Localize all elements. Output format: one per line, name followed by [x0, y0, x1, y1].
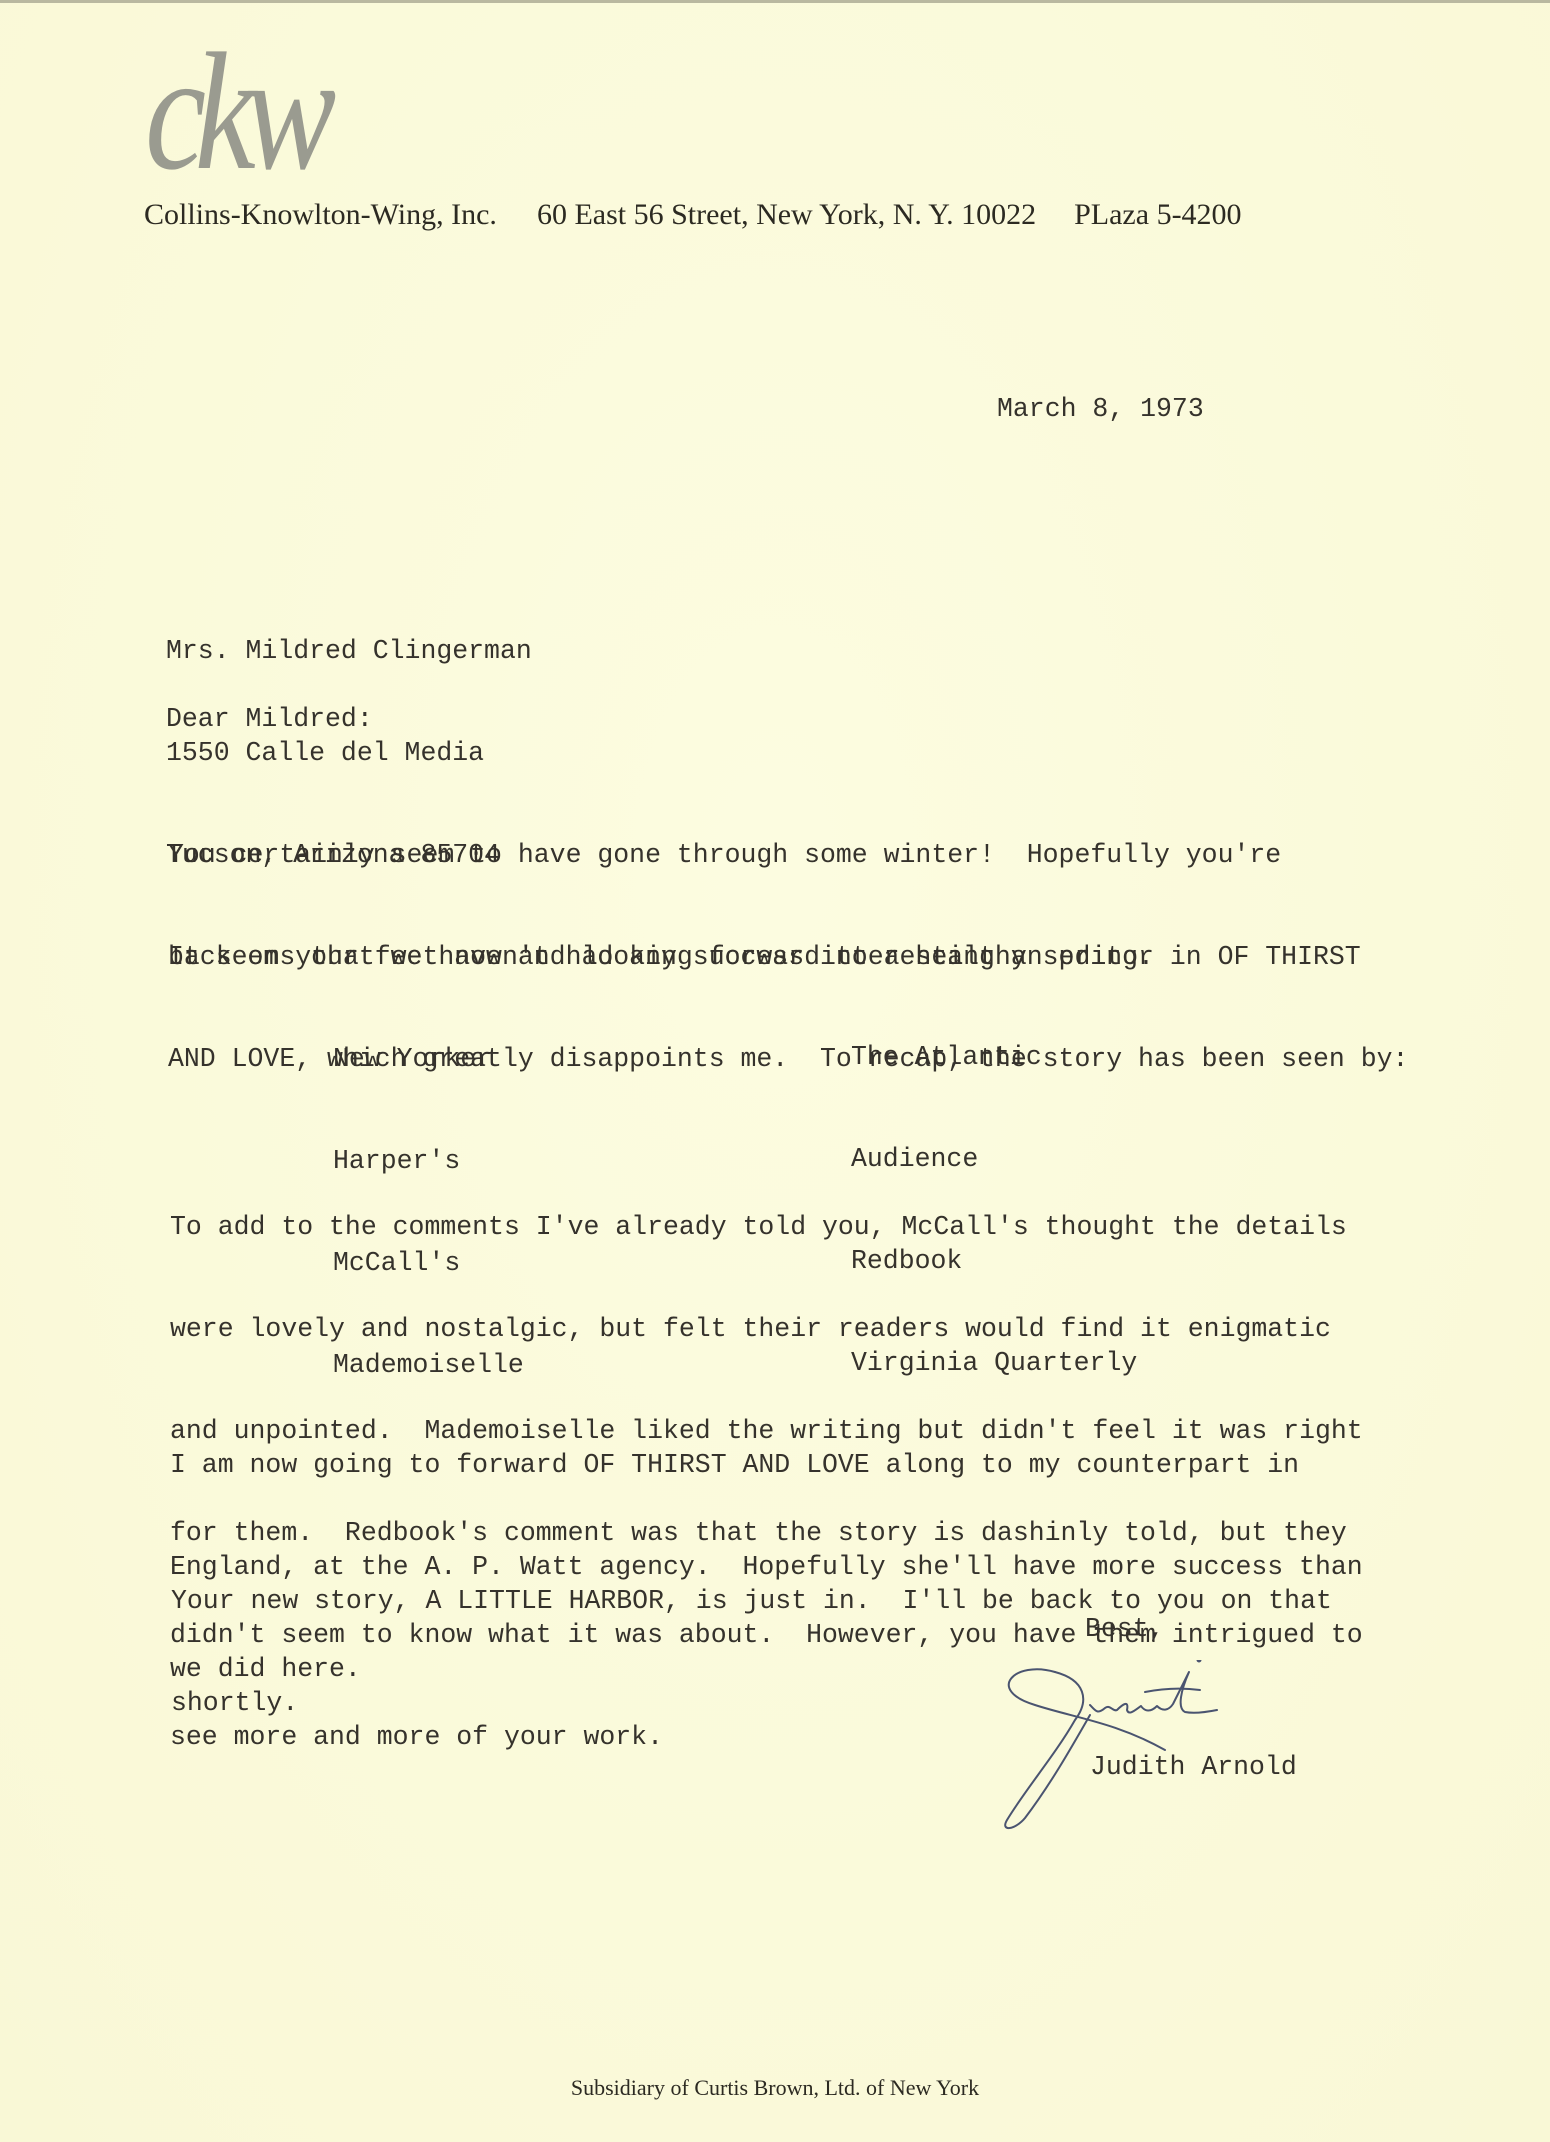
company-name: Collins-Knowlton-Wing, Inc.: [144, 198, 497, 232]
paragraph-line: were lovely and nostalgic, but felt thei…: [170, 1312, 1363, 1346]
publication-item: New Yorker: [333, 1042, 524, 1076]
closing: Best,: [1085, 1612, 1165, 1646]
company-phone: PLaza 5-4200: [1074, 198, 1241, 232]
company-address: 60 East 56 Street, New York, N. Y. 10022: [537, 198, 1036, 232]
recipient-name: Mrs. Mildred Clingerman: [166, 634, 532, 668]
letterhead: Collins-Knowlton-Wing, Inc.60 East 56 St…: [144, 198, 1242, 232]
publication-item: The Atlantic: [851, 1040, 1137, 1074]
paper-edge: [0, 0, 1550, 3]
paragraph-line: I am now going to forward OF THIRST AND …: [170, 1448, 1363, 1482]
recipient-street: 1550 Calle del Media: [166, 736, 532, 770]
salutation: Dear Mildred:: [166, 702, 373, 736]
company-logo: ckw: [145, 28, 325, 196]
paragraph-line: To add to the comments I've already told…: [170, 1210, 1363, 1244]
signer-name: Judith Arnold: [1090, 1750, 1297, 1784]
paragraph-line: It seems that we haven't had any success…: [168, 940, 1408, 974]
letter-date: March 8, 1973: [997, 392, 1204, 426]
footer-note: Subsidiary of Curtis Brown, Ltd. of New …: [0, 2075, 1550, 2101]
paragraph-line: You certainly seem to have gone through …: [168, 838, 1281, 872]
